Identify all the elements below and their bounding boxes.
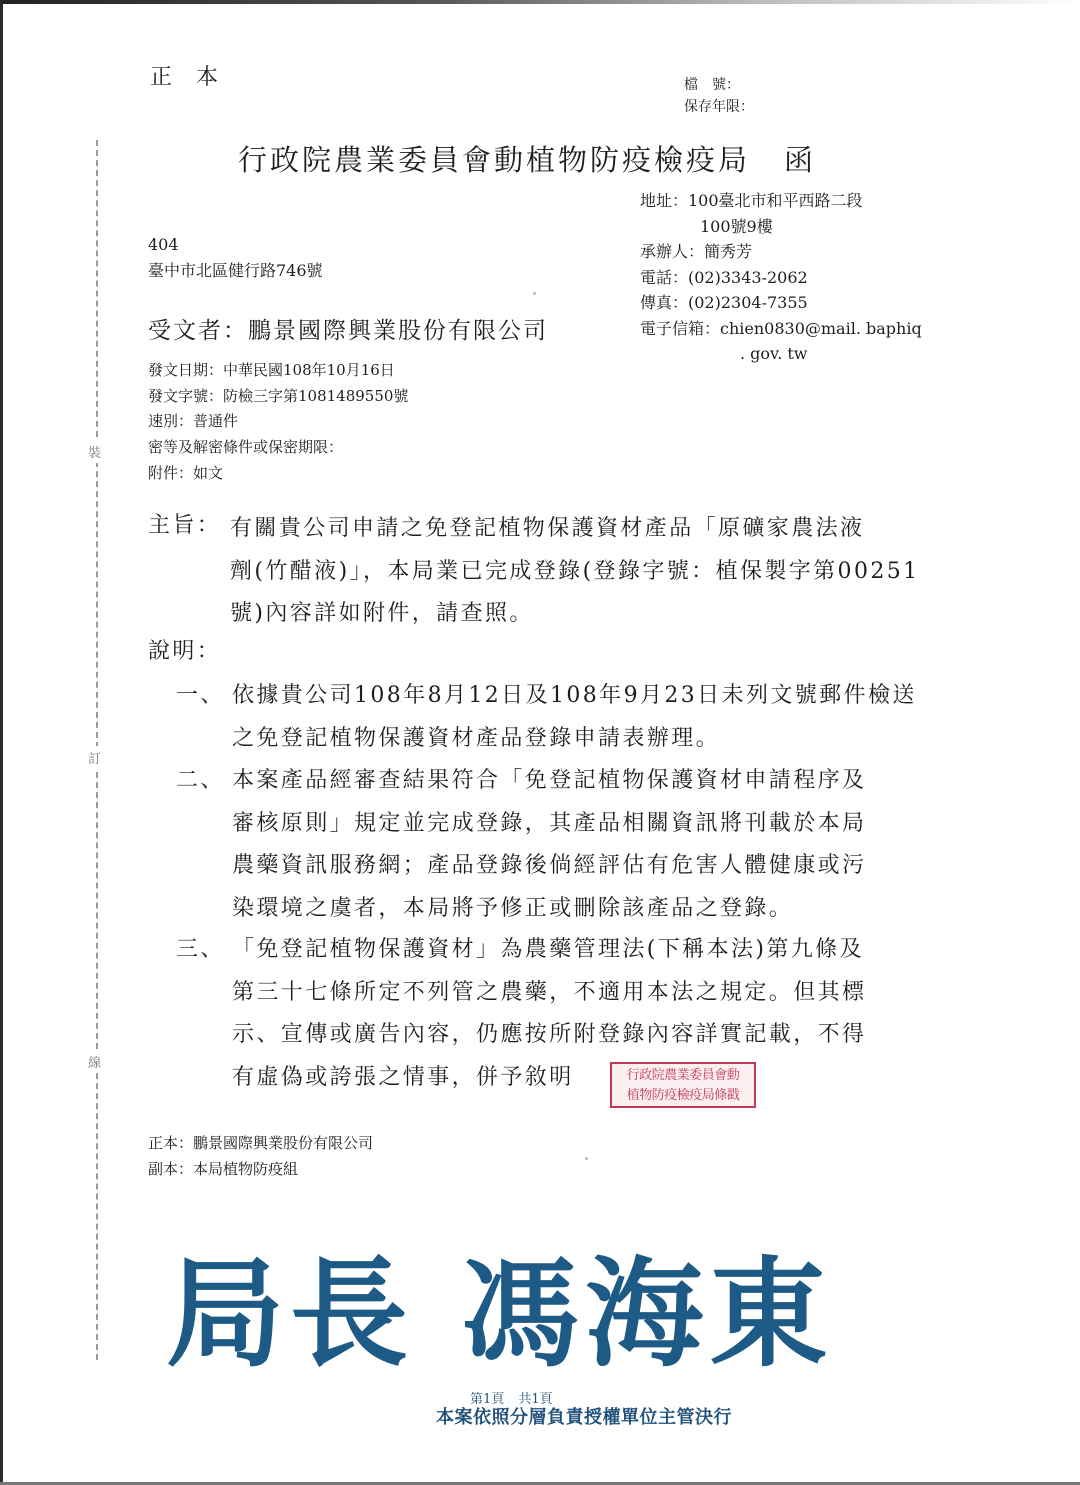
item-line: 「免登記植物保護資材」為農藥管理法(下稱本法)第九條及 — [232, 937, 864, 962]
item-number: 一、 — [176, 675, 232, 718]
sender-email-line2: . gov. tw — [640, 341, 922, 367]
original-recipient: 正本：鵬景國際興業股份有限公司 — [148, 1130, 373, 1156]
postal-code: 404 — [148, 232, 323, 258]
subject-line: 號)內容詳如附件，請查照。 — [230, 593, 920, 636]
item-number: 二、 — [176, 760, 232, 803]
explanation-label: 說明： — [148, 634, 221, 665]
file-info: 檔 號： 保存年限： — [684, 74, 754, 118]
item-line: 依據貴公司108年8月12日及108年9月23日未列文號郵件檢送 — [232, 683, 917, 708]
binding-mark-xian: 線 — [88, 1050, 101, 1073]
delegation-note: 本案依照分層負責授權單位主管決行 — [436, 1403, 732, 1429]
binding-mark-zhuang: 裝 — [88, 440, 101, 463]
scan-edge-left — [0, 0, 3, 1485]
seal-line: 植物防疫檢疫局條戳 — [612, 1086, 754, 1106]
issue-number: 發文字號：防檢三字第1081489550號 — [148, 384, 408, 410]
distribution-list: 正本：鵬景國際興業股份有限公司 副本：本局植物防疫組 — [148, 1130, 373, 1182]
street-address: 臺中市北區健行路746號 — [148, 258, 323, 284]
issue-date: 發文日期：中華民國108年10月16日 — [148, 358, 408, 384]
scan-speck — [585, 1157, 588, 1160]
file-number-label: 檔 號： — [684, 74, 754, 96]
recipient: 受文者：鵬景國際興業股份有限公司 — [148, 312, 548, 345]
item-line: 示、宣傳或廣告內容，仍應按所附登錄內容詳實記載，不得 — [176, 1014, 866, 1057]
copy-recipient: 副本：本局植物防疫組 — [148, 1156, 373, 1182]
issuer-name: 行政院農業委員會動植物防疫檢疫局 — [238, 143, 750, 177]
retention-label: 保存年限： — [684, 96, 754, 118]
item-line: 有虛偽或誇張之情事，併予敘明 — [176, 1057, 866, 1100]
document-title: 行政院農業委員會動植物防疫檢疫局函 — [238, 138, 816, 179]
item-line: 審核原則」規定並完成登錄，其產品相關資訊將刊載於本局 — [176, 803, 866, 846]
binding-mark-ding: 訂 — [88, 746, 101, 769]
subject-line: 有關貴公司申請之免登記植物保護資材產品「原礦家農法液 — [230, 508, 920, 551]
scan-speck — [533, 292, 536, 295]
scan-edge-top — [0, 0, 1080, 4]
attachments: 附件：如文 — [148, 461, 408, 487]
director-signature-stamp: 局長 馮海東 — [166, 1255, 833, 1373]
subject-line: 劑(竹醋液)」，本局業已完成登錄(登錄字號：植保製字第00251 — [230, 551, 920, 594]
sender-phone: 電話：(02)3343-2062 — [640, 265, 922, 291]
item-line: 之免登記植物保護資材產品登錄申請表辦理。 — [176, 718, 917, 761]
sender-email-line1: 電子信箱：chien0830@mail. baphiq — [640, 316, 922, 342]
sender-address-line1: 地址：100臺北市和平西路二段 — [640, 188, 922, 214]
item-line: 染環境之虞者，本局將予修正或刪除該產品之登錄。 — [176, 888, 866, 931]
copy-type-mark: 正本 — [150, 60, 242, 91]
official-seal-stamp: 行政院農業委員會動 植物防疫檢疫局條戳 — [610, 1062, 756, 1108]
sender-contact: 承辦人：簡秀芳 — [640, 239, 922, 265]
explanation-item-1: 一、依據貴公司108年8月12日及108年9月23日未列文號郵件檢送 之免登記植… — [176, 675, 917, 760]
urgency: 速別：普通件 — [148, 409, 408, 435]
subject-text: 有關貴公司申請之免登記植物保護資材產品「原礦家農法液 劑(竹醋液)」，本局業已完… — [230, 508, 920, 636]
item-line: 本案產品經審查結果符合「免登記植物保護資材申請程序及 — [232, 768, 866, 793]
item-line: 農藥資訊服務網；產品登錄後倘經評估有危害人體健康或污 — [176, 845, 866, 888]
sender-fax: 傳真：(02)2304-7355 — [640, 290, 922, 316]
item-line: 第三十七條所定不列管之農藥，不適用本法之規定。但其標 — [176, 972, 866, 1015]
item-number: 三、 — [176, 929, 232, 972]
subject-label: 主旨： — [148, 508, 221, 539]
seal-line: 行政院農業委員會動 — [612, 1066, 754, 1086]
document-meta: 發文日期：中華民國108年10月16日 發文字號：防檢三字第1081489550… — [148, 358, 408, 487]
explanation-item-2: 二、本案產品經審查結果符合「免登記植物保護資材申請程序及 審核原則」規定並完成登… — [176, 760, 866, 930]
sender-address-line2: 100號9樓 — [640, 214, 922, 240]
document-kind: 函 — [784, 143, 816, 177]
explanation-item-3: 三、「免登記植物保護資材」為農藥管理法(下稱本法)第九條及 第三十七條所定不列管… — [176, 929, 866, 1099]
sender-info: 地址：100臺北市和平西路二段 100號9樓 承辦人：簡秀芳 電話：(02)33… — [640, 188, 922, 367]
confidentiality: 密等及解密條件或保密期限： — [148, 435, 408, 461]
recipient-address: 404 臺中市北區健行路746號 — [148, 232, 323, 284]
